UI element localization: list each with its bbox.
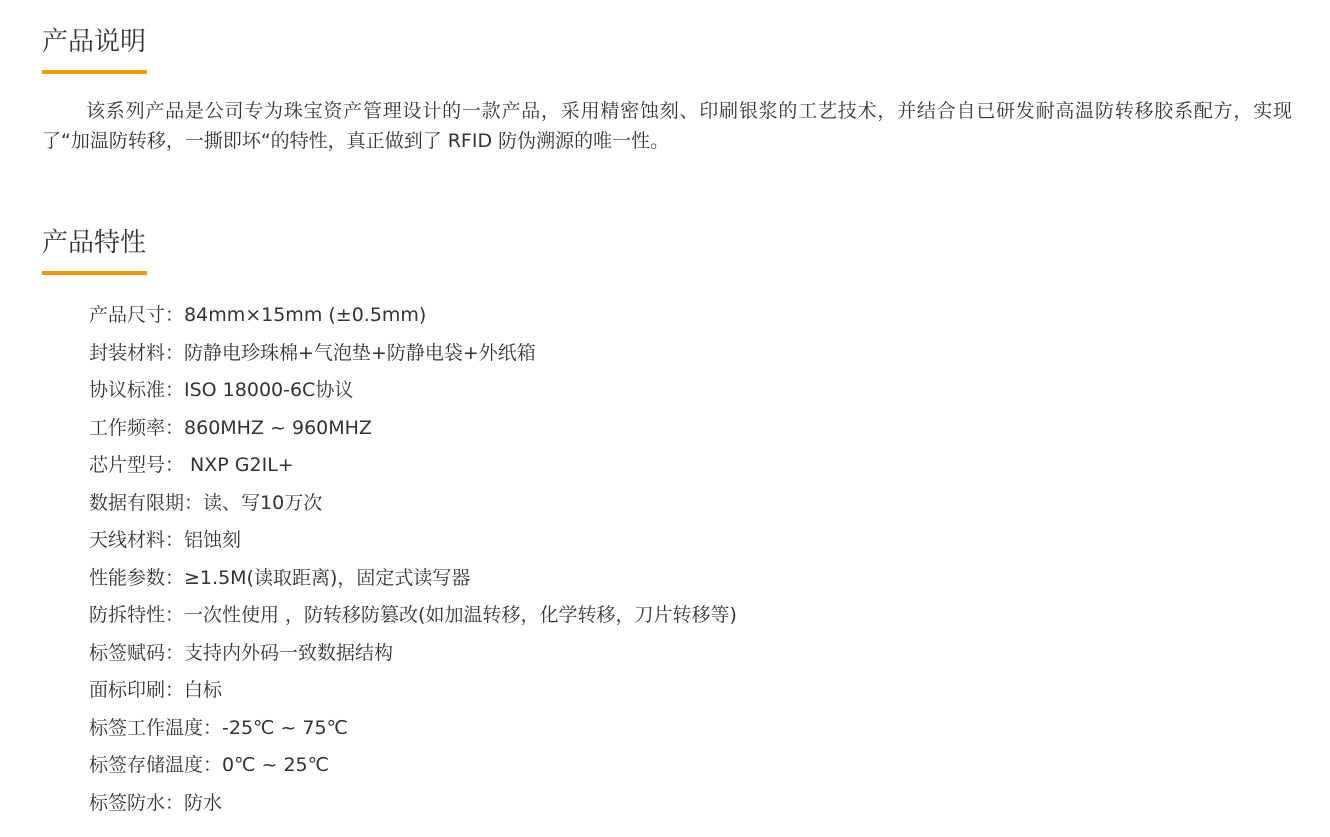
section-title-description: 产品说明	[42, 26, 146, 58]
feature-item-storage-temp: 标签存储温度：0℃ ~ 25℃	[89, 747, 737, 785]
feature-item-protocol: 协议标准：ISO 18000-6C协议	[89, 372, 737, 410]
feature-label: 标签工作温度：	[89, 717, 222, 739]
title-underline	[42, 70, 147, 74]
feature-item-waterproof: 标签防水：防水	[89, 785, 737, 823]
title-underline	[42, 271, 147, 275]
feature-value: 支持内外码一致数据结构	[184, 642, 393, 664]
feature-item-face-print: 面标印刷：白标	[89, 672, 737, 710]
feature-label: 性能参数：	[89, 567, 184, 589]
feature-label: 芯片型号：	[89, 454, 184, 476]
feature-item-size: 产品尺寸：84mm×15mm (±0.5mm)	[89, 297, 737, 335]
feature-value: NXP G2IL+	[184, 454, 294, 476]
feature-item-performance: 性能参数：≥1.5M(读取距离)，固定式读写器	[89, 560, 737, 598]
feature-item-data-retention: 数据有限期：读、写10万次	[89, 485, 737, 523]
feature-item-chip: 芯片型号： NXP G2IL+	[89, 447, 737, 485]
feature-item-tamper: 防拆特性：一次性使用 ，防转移防篡改(如加温转移，化学转移，刀片转移等)	[89, 597, 737, 635]
feature-value: 铝蚀刻	[184, 529, 241, 551]
feature-item-frequency: 工作频率：860MHZ ~ 960MHZ	[89, 410, 737, 448]
feature-value: ISO 18000-6C协议	[184, 379, 353, 401]
feature-item-operating-temp: 标签工作温度：-25℃ ~ 75℃	[89, 710, 737, 748]
feature-value: ≥1.5M(读取距离)，固定式读写器	[184, 567, 470, 589]
feature-list: 产品尺寸：84mm×15mm (±0.5mm) 封装材料：防静电珍珠棉+气泡垫+…	[89, 297, 737, 822]
feature-label: 面标印刷：	[89, 679, 184, 701]
feature-value: 防静电珍珠棉+气泡垫+防静电袋+外纸箱	[184, 342, 536, 364]
feature-value: 白标	[184, 679, 222, 701]
feature-item-encoding: 标签赋码：支持内外码一致数据结构	[89, 635, 737, 673]
feature-label: 工作频率：	[89, 417, 184, 439]
feature-value: 0℃ ~ 25℃	[222, 754, 329, 776]
feature-label: 标签存储温度：	[89, 754, 222, 776]
feature-label: 标签赋码：	[89, 642, 184, 664]
feature-label: 数据有限期：	[89, 492, 203, 514]
feature-value: 读、写10万次	[203, 492, 322, 514]
feature-label: 标签防水：	[89, 792, 184, 814]
feature-item-packaging: 封装材料：防静电珍珠棉+气泡垫+防静电袋+外纸箱	[89, 335, 737, 373]
feature-item-antenna: 天线材料：铝蚀刻	[89, 522, 737, 560]
feature-value: 一次性使用 ，防转移防篡改(如加温转移，化学转移，刀片转移等)	[184, 604, 737, 626]
feature-label: 产品尺寸：	[89, 304, 184, 326]
feature-label: 天线材料：	[89, 529, 184, 551]
feature-label: 封装材料：	[89, 342, 184, 364]
feature-value: 防水	[184, 792, 222, 814]
feature-value: 84mm×15mm (±0.5mm)	[184, 304, 426, 326]
product-description-paragraph: 该系列产品是公司专为珠宝资产管理设计的一款产品，采用精密蚀刻、印刷银浆的工艺技术…	[42, 96, 1292, 156]
feature-value: -25℃ ~ 75℃	[222, 717, 348, 739]
feature-label: 协议标准：	[89, 379, 184, 401]
feature-label: 防拆特性：	[89, 604, 184, 626]
section-title-features: 产品特性	[42, 227, 146, 259]
feature-value: 860MHZ ~ 960MHZ	[184, 417, 372, 439]
